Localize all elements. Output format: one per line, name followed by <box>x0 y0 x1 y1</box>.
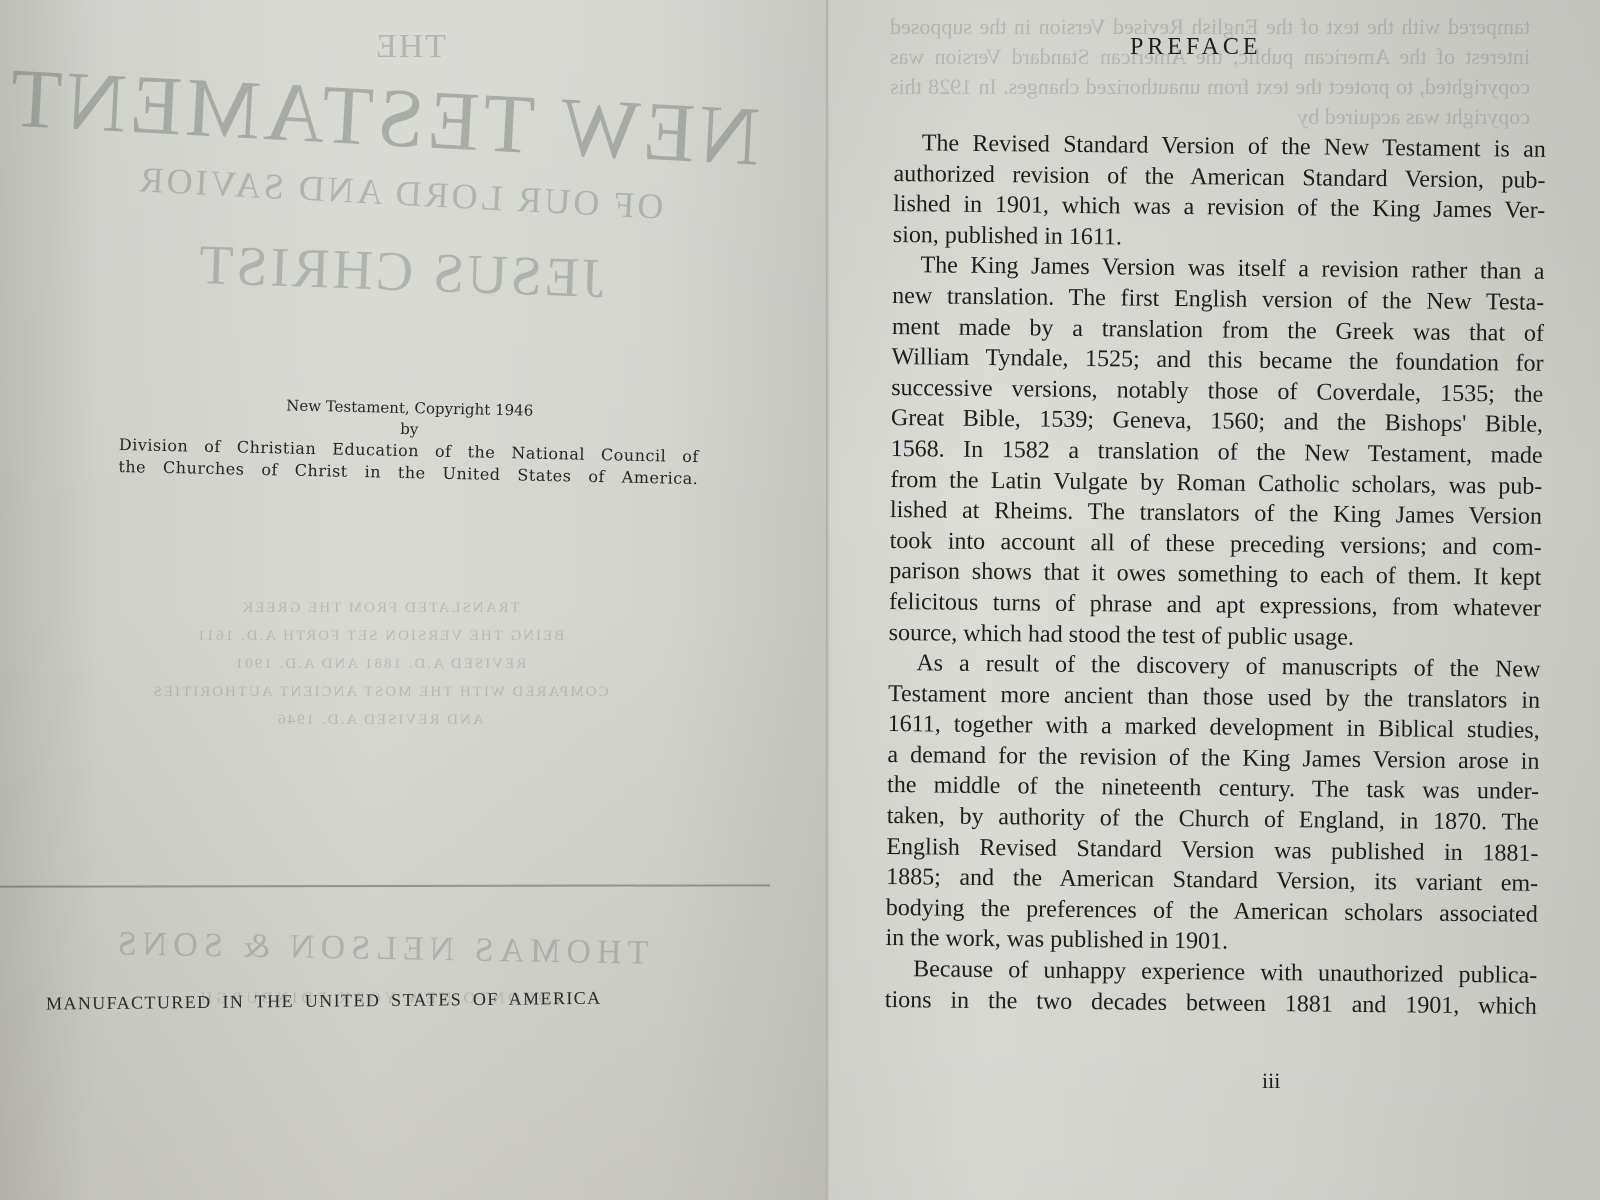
preface-body: The Revised Standard Version of the New … <box>885 128 1600 1023</box>
page-number: iii <box>1262 1068 1280 1094</box>
bleed-through-name: JESUS CHRIST <box>169 232 631 312</box>
text-line: tions in the two decades between 1881 an… <box>885 985 1537 1022</box>
bleed-through-note: BEING THE VERSION SET FORTH A.D. 1611 <box>100 628 660 645</box>
bleed-through-note: COMPARED WITH THE MOST ANCIENT AUTHORITI… <box>100 684 660 701</box>
bleed-through-the: THE <box>340 28 480 66</box>
horizontal-rule <box>0 884 770 887</box>
right-page-preface: tampered with the text of the English Re… <box>830 0 1600 1200</box>
open-book-photo: THE NEW TESTAMENT OF OUR LORD AND SAVIOR… <box>0 0 1600 1200</box>
bleed-through-text: tampered with the text of the English Re… <box>890 12 1530 132</box>
bleed-through-publisher: THOMAS NELSON & SONS <box>60 924 701 973</box>
copyright-notice: New Testament, Copyright 1946 by Divisio… <box>118 392 700 490</box>
bleed-through-note: REVISED A.D. 1881 AND A.D. 1901 <box>100 656 660 673</box>
bleed-through-note: AND REVISED A.D. 1946 <box>100 712 660 729</box>
bleed-through-note: TRANSLATED FROM THE GREEK <box>100 600 660 617</box>
left-page-copyright: THE NEW TESTAMENT OF OUR LORD AND SAVIOR… <box>0 0 828 1200</box>
preface-title: PREFACE <box>1130 34 1262 61</box>
